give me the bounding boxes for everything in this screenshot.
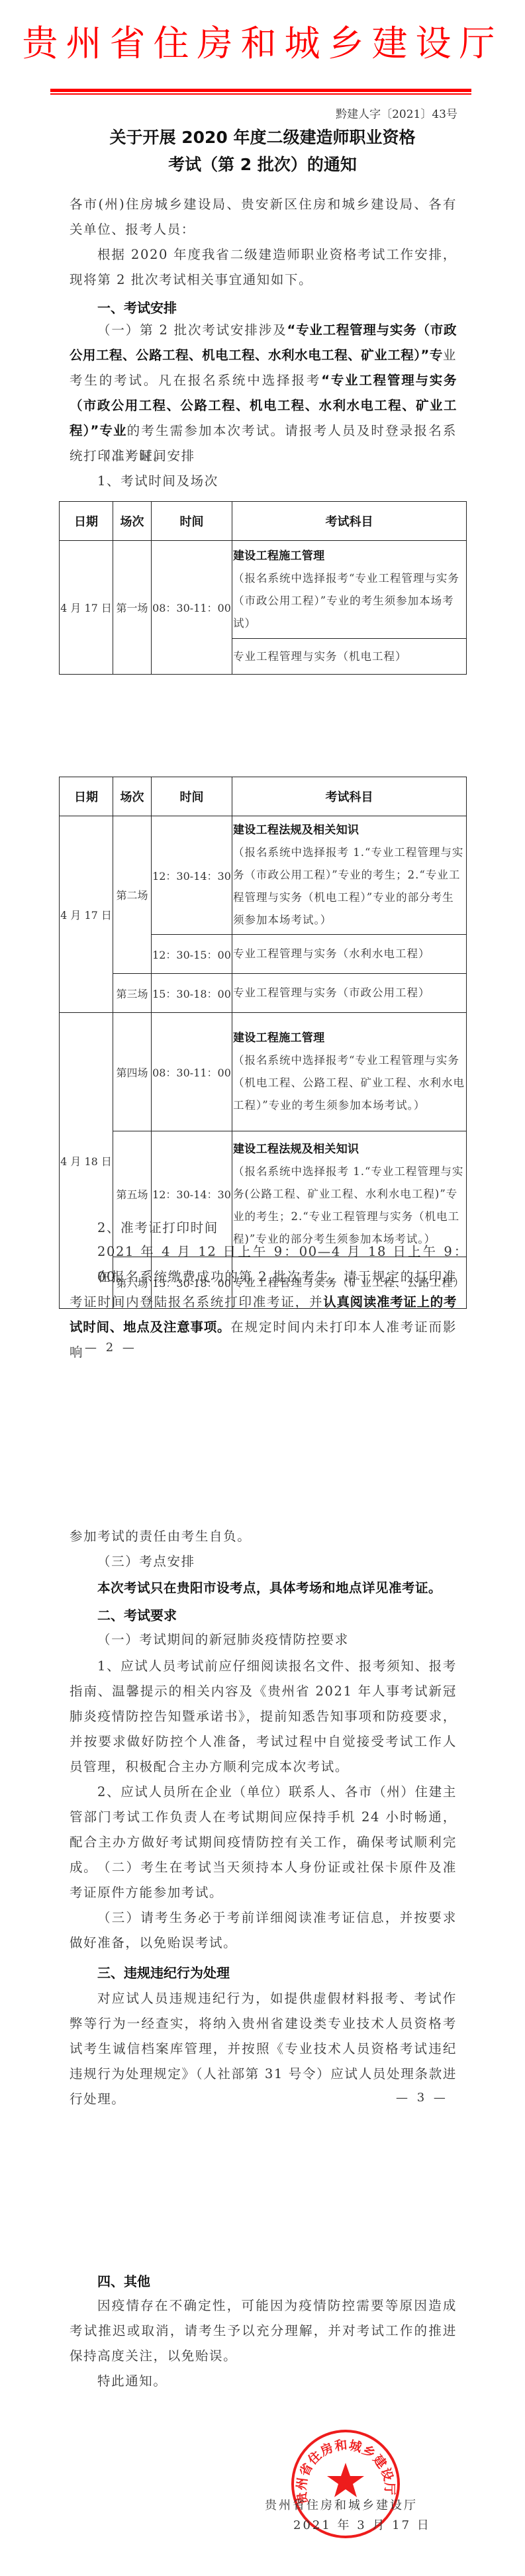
cell-subject: 专业工程管理与实务（水利水电工程）: [232, 935, 467, 974]
subject-title: 建设工程法规及相关知识: [233, 819, 465, 841]
exam-location-bold: 本次考试只在贵阳市设考点，具体考场和地点详见准考证。: [97, 1580, 442, 1596]
subject-title: 建设工程施工管理: [233, 1027, 465, 1049]
seal-star-icon: [327, 2463, 364, 2497]
cell-subject: 建设工程法规及相关知识 （报名系统中选择报考 1.“专业工程管理与实务（市政公用…: [232, 816, 467, 935]
table-row: 4 月 17 日 第一场 08：30-11：00 建设工程施工管理 （报名系统中…: [60, 541, 467, 639]
cell-date: 4 月 17 日: [60, 816, 113, 1013]
page-number-3: — 3 —: [396, 2091, 448, 2105]
epidemic-item-1: 1、应试人员考试前应仔细阅读报名文件、报考须知、报考指南、温馨提示的相关内容及《…: [70, 1654, 457, 1780]
header-session: 场次: [113, 502, 152, 541]
masthead-red-rule: [50, 89, 471, 92]
cell-time: 08：30-11：00: [152, 541, 232, 675]
cell-session: 第一场: [113, 541, 152, 675]
closing-remark: 特此通知。: [97, 2369, 485, 2394]
header-session: 场次: [113, 777, 152, 816]
section-1-heading: 一、考试安排: [97, 297, 177, 316]
header-time: 时间: [152, 502, 232, 541]
header-date: 日期: [60, 502, 113, 541]
header-subject: 考试科目: [232, 777, 467, 816]
subject-title: 建设工程法规及相关知识: [233, 1138, 465, 1161]
print-note-continuation: 参加考试的责任由考生自负。: [70, 1524, 457, 1549]
intro-paragraph: 根据 2020 年度我省二级建造师职业资格考试工作安排，现将第 2 批次考试相关…: [70, 242, 457, 293]
cell-date: 4 月 17 日: [60, 541, 113, 675]
section-2-1-heading: （一）考试期间的新冠肺炎疫情防控要求: [97, 1627, 485, 1652]
table-row: 第三场 15：30-18：00 专业工程管理与实务（市政公用工程）: [60, 974, 467, 1013]
cell-session: 第四场: [113, 1013, 152, 1131]
table-header-row: 日期 场次 时间 考试科目: [60, 777, 467, 816]
cell-session: 第二场: [113, 816, 152, 974]
header-time: 时间: [152, 777, 232, 816]
subject-note: （报名系统中选择报考“专业工程管理与实务（机电工程、公路工程、矿业工程、水利水电…: [233, 1054, 465, 1112]
section-1-2-heading: （二）时间安排: [97, 444, 485, 469]
cell-time: 08：30-11：00: [152, 1013, 232, 1131]
cell-time: 12：30-14：30: [152, 816, 232, 935]
table-header-row: 日期 场次 时间 考试科目: [60, 502, 467, 541]
exam-location-note: 本次考试只在贵阳市设考点，具体考场和地点详见准考证。: [97, 1576, 468, 1601]
section-4-paragraph: 因疫情存在不确定性，可能因为疫情防控需要等原因造成考试推迟或取消，请考生予以充分…: [70, 2293, 457, 2369]
section-1-3-heading: （三）考点安排: [97, 1549, 485, 1574]
cell-session: 第三场: [113, 974, 152, 1013]
section-2-heading: 二、考试要求: [97, 1605, 177, 1624]
notice-title-line-1: 关于开展 2020 年度二级建造师职业资格: [0, 124, 525, 151]
schedule-subheading: 1、考试时间及场次: [97, 469, 485, 494]
document-number: 黔建人字〔2021〕43号: [336, 105, 457, 121]
cell-time: 15：30-18：00: [152, 974, 232, 1013]
cell-time: 12：30-15：00: [152, 935, 232, 974]
header-date: 日期: [60, 777, 113, 816]
cell-subject: 建设工程施工管理 （报名系统中选择报考“专业工程管理与实务（机电工程、公路工程、…: [232, 1013, 467, 1131]
subject-note: （报名系统中选择报考 1.“专业工程管理与实务（市政公用工程）”专业的考生；2.…: [233, 846, 463, 926]
section-2-2-paragraph: （二）考生在考试当天须持本人身份证或社保卡原件及准考证原件方能参加考试。: [70, 1855, 457, 1905]
subject-title: 建设工程施工管理: [233, 545, 465, 567]
signature-org: 贵州省住房和城乡建设厅: [265, 2496, 418, 2513]
header-subject: 考试科目: [232, 502, 467, 541]
section-3-heading: 三、违规违纪行为处理: [97, 1962, 230, 1981]
cell-subject: 建设工程施工管理 （报名系统中选择报考“专业工程管理与实务（市政公用工程）”专业…: [232, 541, 467, 639]
salutation: 各市(州)住房城乡建设局、贵安新区住房和城乡建设局、各有关单位、报考人员：: [70, 192, 457, 242]
signature-date: 2021 年 3 月 17 日: [293, 2516, 431, 2533]
notice-title-line-2: 考试（第 2 批次）的通知: [0, 152, 525, 178]
masthead-red-rule-thin: [50, 93, 471, 95]
section-4-heading: 四、其他: [97, 2271, 150, 2290]
masthead-title: 贵州省住房和城乡建设厅: [0, 24, 525, 64]
cell-subject: 专业工程管理与实务（机电工程）: [232, 639, 467, 675]
table-row: 4 月 18 日 第四场 08：30-11：00 建设工程施工管理 （报名系统中…: [60, 1013, 467, 1131]
page-number-2: — 2 —: [85, 1341, 137, 1355]
subject-note: （报名系统中选择报考“专业工程管理与实务（市政公用工程）”专业的考生须参加本场考…: [233, 572, 459, 630]
section-2-3-paragraph: （三）请考生务必于考前详细阅读准考证信息，并按要求做好准备，以免贻误考试。: [70, 1905, 457, 1956]
s1-1-prefix: （一）第 2 批次考试安排涉及: [97, 322, 287, 338]
exam-schedule-table-1: 日期 场次 时间 考试科目 4 月 17 日 第一场 08：30-11：00 建…: [59, 501, 467, 675]
cell-subject: 专业工程管理与实务（市政公用工程）: [232, 974, 467, 1013]
table-row: 4 月 17 日 第二场 12：30-14：30 建设工程法规及相关知识 （报名…: [60, 816, 467, 935]
print-time-heading: 2、准考证打印时间: [97, 1216, 485, 1241]
